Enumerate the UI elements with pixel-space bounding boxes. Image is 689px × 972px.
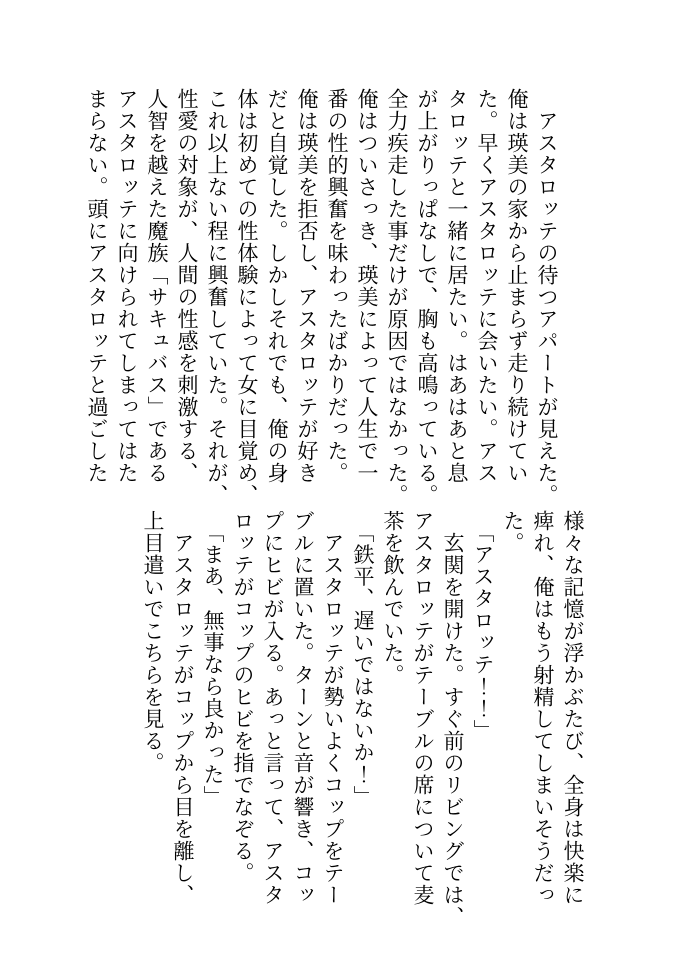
vertical-text-line: これ以上ない程に興奮していた。それが、 — [202, 88, 232, 538]
vertical-text-line: が上がりっぱなしで、胸も高鳴っている。 — [412, 88, 442, 538]
vertical-text-line: 茶を飲んでいた。 — [378, 510, 408, 960]
upper-text-block: アスタロッテの待つアパートが見えた。 俺は瑛美の家から止まらず走り続けてい た。… — [82, 88, 562, 538]
vertical-text-line: アスタロッテがテーブルの席について麦 — [408, 510, 438, 960]
vertical-text-line: ブルに置いた。ターンと音が響き、コッ — [288, 510, 318, 960]
vertical-text-line: 上目遣いでこちらを見る。 — [138, 510, 168, 960]
vertical-text-line: 俺は瑛美を拒否し、アスタロッテが好き — [292, 88, 322, 538]
vertical-text-line: 全力疾走した事だけが原因ではなかった。 — [382, 88, 412, 538]
novel-page: アスタロッテの待つアパートが見えた。 俺は瑛美の家から止まらず走り続けてい た。… — [0, 0, 689, 972]
vertical-text-line: 人智を越えた魔族「サキュバス」である — [142, 88, 172, 538]
lower-text-block: 様々な記憶が浮かぶたび、全身は快楽に 痺れ、俺はもう射精してしまいそうだっ た。… — [138, 510, 588, 960]
vertical-text-line: だと自覚した。しかしそれでも、俺の身 — [262, 88, 292, 538]
vertical-text-line: た。早くアスタロッテに会いたい。アス — [472, 88, 502, 538]
vertical-text-line: 俺は瑛美の家から止まらず走り続けてい — [502, 88, 532, 538]
vertical-text-line: 「鉄平、遅いではないか！」 — [348, 510, 378, 960]
vertical-text-line: 番の性的興奮を味わったばかりだった。 — [322, 88, 352, 538]
vertical-text-line: 体は初めての性体験によって女に目覚め、 — [232, 88, 262, 538]
vertical-text-line: 性愛の対象が、人間の性感を刺激する、 — [172, 88, 202, 538]
vertical-text-line: ロッテがコップのヒビを指でなぞる。 — [228, 510, 258, 960]
vertical-text-line: アスタロッテがコップから目を離し、 — [168, 510, 198, 960]
vertical-text-line: アスタロッテに向けられてしまってはた — [112, 88, 142, 538]
vertical-text-line: アスタロッテの待つアパートが見えた。 — [532, 88, 562, 538]
vertical-text-line: 玄関を開けた。すぐ前のリビングでは、 — [438, 510, 468, 960]
vertical-text-line: 俺はついさっき、瑛美によって人生で一 — [352, 88, 382, 538]
vertical-text-line: 様々な記憶が浮かぶたび、全身は快楽に — [558, 510, 588, 960]
vertical-text-line: 「まあ、無事なら良かった」 — [198, 510, 228, 960]
vertical-text-line: タロッテと一緒に居たい。はあはあと息 — [442, 88, 472, 538]
vertical-text-line: 痺れ、俺はもう射精してしまいそうだっ — [528, 510, 558, 960]
vertical-text-line: アスタロッテが勢いよくコップをテー — [318, 510, 348, 960]
vertical-text-line: た。 — [498, 510, 528, 960]
vertical-text-line: まらない。頭にアスタロッテと過ごした — [82, 88, 112, 538]
vertical-text-line: プにヒビが入る。あっと言って、アスタ — [258, 510, 288, 960]
vertical-text-line: 「アスタロッテ！！」 — [468, 510, 498, 960]
